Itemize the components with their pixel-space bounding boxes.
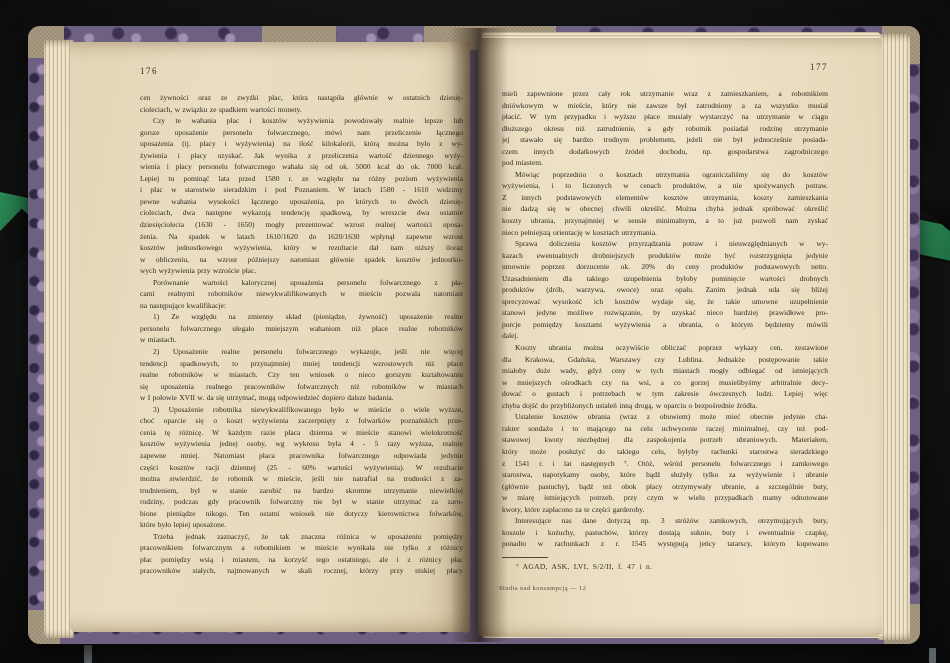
text-line: cioleciach, w związku ze spadkiem wartoś… [140,104,463,116]
text-line: cami realnymi robotników niewykwalifikow… [140,288,463,300]
text-line: dziesięciolecia (1630 - 1650) mogły prez… [140,219,463,231]
text-line: Lepiej tu pominąć lata przed 1580 r. ze … [140,173,463,185]
text-line: ponadto w rachunkach z r. 1545 występują… [502,538,828,550]
text-line: sprecyzować wysokość ich kosztów wydaje … [502,296,828,308]
text-line: 3) Uposażenie robotnika niewykwalifikowa… [140,404,463,416]
text-line: cenia tę różnicę. W każdym razie płaca d… [140,427,463,439]
text-line: pod miastem. [502,157,828,169]
page-number-left: 176 [140,66,158,76]
page-left: 176 cen żywności oraz ze zwyżki płac, kt… [70,42,470,632]
text-line: umownie poprzez dorzucenie ok. 20% do ce… [502,261,828,273]
text-line: w miastach. [140,334,463,346]
text-line: nieco pełniejszą orientację w kosztach u… [502,227,828,239]
text-line: porcje pomiędzy kosztami wyżywienia a ub… [502,319,828,331]
text-line: koszule i kożuchy, pastuchów, którzy dos… [502,527,828,539]
text-line: stanowi jedyne możliwe rozwiązanie, by u… [502,307,828,319]
text-line: Trzeba jednak zaznaczyć, że tak znaczna … [140,531,463,543]
text-line: starostwa, napotykamy osoby, które bądź … [502,469,828,481]
text-line: stawowej kwoty niezbędnej dla zaspokojen… [502,434,828,446]
text-line: wienia i płacy personelu folwarcznego wa… [140,161,463,173]
text-line: w I połowie XVII w. da się utrzymać, mog… [140,392,463,404]
print-signature-line: Studia nad konsumpcją — 12 [499,585,586,592]
text-line: kazach ewentualnych drobniejszych produk… [502,250,828,262]
text-line: personelu folwarcznego ulegało mniejszym… [140,323,463,335]
text-line: rodziny, podczas gdy pracownik folwarczn… [140,496,463,508]
text-line: w miarę istniejących potrzeb, przy czym … [502,492,828,504]
text-line: zapewne mniej. Natomiast płaca pracownik… [140,450,463,462]
text-line: Koszty ubrania można oczywiście obliczać… [502,342,828,354]
footnote-rule [502,557,548,558]
text-line: pewne wahania wysokości łącznego uposaże… [140,196,463,208]
text-line: kosztów jednostkowego wyżywienia, który … [140,242,463,254]
text-line: bione pieniądze nikogo. Ten ostatni wnio… [140,508,463,520]
text-line: płac pomiędzy wsią i miastem, na korzyść… [140,554,463,566]
photo-background: 176 cen żywności oraz ze zwyżki płac, kt… [0,0,950,663]
text-line: chyba dojść do przybliżonych ustaleń inn… [502,400,828,412]
text-line: Czy te wahania płac i kosztów wyżywienia… [140,115,463,127]
text-line: można stwierdzić, że robotnik w mieście,… [140,473,463,485]
text-line: rakter sondażu i to mającego na celu uch… [502,423,828,435]
cradle-mark-left [84,645,92,663]
text-line: dniówkowym w mieście, który nie zawsze b… [502,100,828,112]
page-stack-fore-edge-right [878,34,910,640]
page-right: 177 mieli zapewnione przez cały rok utrz… [478,38,882,636]
text-line: Sprawa doliczenia kosztów przyrządzania … [502,238,828,250]
text-line: miałoby duże wady, gdyż ceny w tych mias… [502,365,828,377]
text-line: żywienia i płacy uzyskać. Jak wynika z p… [140,150,463,162]
text-line: Ustalenie kosztów ubrania (wraz z obuwie… [502,411,828,423]
text-line: części kosztów racji dziennej (25 - 60% … [140,462,463,474]
text-line: koszty ubrania, przynajmniej w sensie mi… [502,215,828,227]
text-line: Mówiąc poprzednio o kosztach utrzymania … [502,169,828,181]
text-line: które było lepiej uposażone. [140,519,463,531]
text-line: trudnieniem, był w stanie zarobić na bar… [140,485,463,497]
text-line: na następujące kwalifikacje: [140,300,463,312]
text-line: uposażenia (tj. płacy i wyżywienia) na i… [140,138,463,150]
text-line: Interesujące nas dane dotyczą np. 3 stró… [502,515,828,527]
text-line: płacić. W tym przypadku i wyższe płace m… [502,111,828,123]
text-line: Uzasadnieniem dla takiego uzupełnienia b… [502,273,828,285]
text-line: 2) Uposażenie realne personelu folwarczn… [140,346,463,358]
text-line: dalej. [502,330,828,342]
text-line: pracownikiem folwarcznym a robotnikiem w… [140,542,463,554]
text-line: Z innych podstawowych elementów kosztów … [502,192,828,204]
page-text-left: cen żywności oraz ze zwyżki płac, która … [140,92,463,577]
text-line: jej stawało się bardzo trudnym problemem… [502,134,828,146]
text-line: dować o gustach i potrzebach w tym zakre… [502,388,828,400]
text-line: 1) Ze względu na zmienny skład (pieniądz… [140,311,463,323]
text-line: który może posłużyć do takiego celu, był… [502,446,828,458]
footnote-text: ⁷ AGAD, ASK, LVI, S/2/II, f. 47 i n. [502,562,828,571]
text-line: dłuższego okresu niż zatrudnienie, a gdy… [502,123,828,135]
text-line: gorsze uposażenie personelu folwarcznego… [140,127,463,139]
cradle-mark-right [929,648,936,663]
text-line: kwoty, które zapłacono za te części gard… [502,504,828,516]
text-line: z 1541 r. i lat następnych ⁷. Otóż, wśró… [502,458,828,470]
text-line: tendencji spadkowych, to przynajmniej mn… [140,358,463,370]
text-line: cioleciach, dwa następne wykazują tenden… [140,207,463,219]
text-line: Porównanie wartości kalorycznej uposażen… [140,277,463,289]
text-line: nie dadzą się w obecnej chwili określić.… [502,203,828,215]
text-line: (głównie pastuchy), bądź też obok płacy … [502,481,828,493]
text-line: pracowników stałych, najmowanych w skali… [140,565,463,577]
text-line: choć oparcie się o koszt wyżywienia zacz… [140,415,463,427]
text-line: w mniejszych ośrodkach czy na wsi, a co … [502,377,828,389]
text-line: i płac w starostwie sieradzkim i pod Poz… [140,184,463,196]
text-line: wych wyżywienia przy wzroście płac. [140,265,463,277]
text-line: żenia. Na spadek w latach 1610/1620 do 1… [140,231,463,243]
text-line: kosztów wyżywienia jednej osoby, wg wykr… [140,438,463,450]
text-line: wyżywienia, i to liczonych w cenach prod… [502,180,828,192]
text-line: cen żywności oraz ze zwyżki płac, która … [140,92,463,104]
text-line: mieli zapewnione przez cały rok utrzyman… [502,88,828,100]
text-line: czem innych dodatkowych źródeł dochodu, … [502,146,828,158]
text-line: się uposażenia realnego pracowników folw… [140,381,463,393]
text-line: dla Krakowa, Gdańska, Warszawy czy Lubli… [502,354,828,366]
text-line: realne robotników w miastach. Czy ten wn… [140,369,463,381]
text-line: w obliczeniu, na wzrost późniejszy natom… [140,254,463,266]
page-text-right: mieli zapewnione przez cały rok utrzyman… [502,88,828,550]
text-line: produktów (drób, warzywa, owoce) oraz op… [502,284,828,296]
page-number-right: 177 [502,62,828,72]
